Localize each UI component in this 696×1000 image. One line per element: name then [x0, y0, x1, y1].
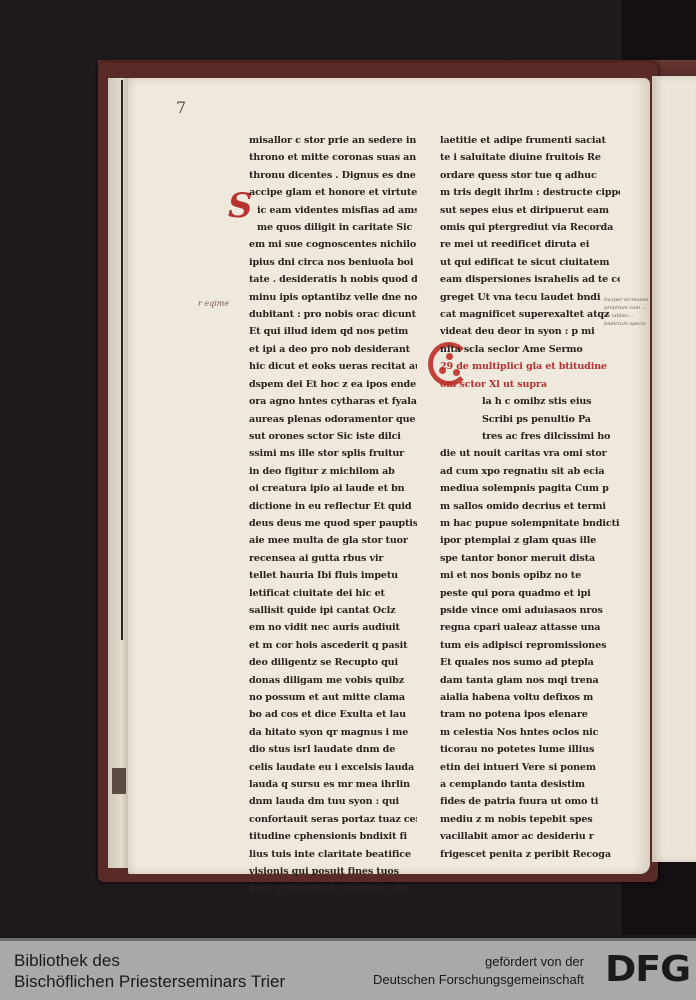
- text-line: nita scla seclor Ame Sermo: [440, 341, 620, 358]
- text-line: regna cpari ualeaz attasse una: [440, 619, 620, 636]
- text-line: titudine cphensionis bndixit fi: [249, 828, 417, 845]
- text-line: omis qui ptergrediut via Recorda: [440, 219, 620, 236]
- text-line: ssimi ms ille stor splis fruitur: [249, 445, 417, 462]
- text-line: deus deus me quod sper pauptis: [249, 515, 417, 532]
- text-line: oi creatura ipio ai laude et bn: [249, 480, 417, 497]
- funder-credit: gefördert von der Deutschen Forschungsge…: [373, 953, 584, 989]
- text-line: ut qui edificat te sicut ciuitatem: [440, 254, 620, 271]
- text-line: da hitato syon qr magnus i me: [249, 724, 417, 741]
- text-line: eam dispersiones israhelis ad te co: [440, 271, 620, 288]
- text-line: aialia habena voltu defixos m: [440, 689, 620, 706]
- text-line: la h c omibz stis eius: [440, 393, 620, 410]
- text-line: sallisit quide ipi cantat Oclz: [249, 602, 417, 619]
- funder-line-2: Deutschen Forschungsgemeinschaft: [373, 971, 584, 989]
- text-line: m hac pupue solempnitate bndictis: [440, 515, 620, 532]
- text-line: celis laudate eu i excelsis lauda: [249, 759, 417, 776]
- text-line: 29 de multiplici gla et btitudine: [440, 358, 620, 375]
- text-line: mediu z m nobis tepebit spes: [440, 811, 620, 828]
- text-line: ticorau no potetes lume illius: [440, 741, 620, 758]
- text-line: dio stus isrl laudate dnm de: [249, 741, 417, 758]
- text-column-left: misallor c stor prie an sedere inthrono …: [249, 132, 417, 898]
- text-line: tellet hauria Ibi fluis impetu: [249, 567, 417, 584]
- binding-tab: [112, 768, 126, 794]
- text-line: laetitie et adipe frumenti saciat: [440, 132, 620, 149]
- text-line: fides de patria fuura ut omo ti: [440, 793, 620, 810]
- binding-thread: [121, 80, 123, 640]
- footer-banner: Bibliothek des Bischöflichen Priestersem…: [0, 938, 696, 1000]
- manuscript-scan: 7 S r eqime Inciper sermones proprium cu…: [0, 0, 696, 935]
- text-line: bo ad cos et dice Exulta et lau: [249, 706, 417, 723]
- text-line: frigescet penita z peribit Recoga: [440, 846, 620, 863]
- text-line: ipor ptemplai z glam quas ille: [440, 532, 620, 549]
- text-line: aureas plenas odoramentor que: [249, 411, 417, 428]
- text-line: cat magnificet superexaltet atqz: [440, 306, 620, 323]
- text-line: me quos diligit in caritate Sic: [249, 219, 417, 236]
- text-line: aie mee multa de gla stor tuor: [249, 532, 417, 549]
- text-line: mediua solempnis pagita Cum p: [440, 480, 620, 497]
- text-line: sut orones sctor Sic iste dilci: [249, 428, 417, 445]
- text-line: m celestia Nos hntes oclos nic: [440, 724, 620, 741]
- text-line: deo diligentz se Recupto qui: [249, 654, 417, 671]
- text-line: thronu dicentes . Dignus es dne: [249, 167, 417, 184]
- text-line: ipius dni circa nos beniuola boi: [249, 254, 417, 271]
- library-line-2: Bischöflichen Priesterseminars Trier: [14, 971, 285, 992]
- text-line: confortauit seras portaz tuaz cer: [249, 811, 417, 828]
- text-line: ordare quess stor tue q adhuc: [440, 167, 620, 184]
- text-line: dictione in eu reflectur Et quid: [249, 498, 417, 515]
- margin-note-left: r eqime: [198, 299, 229, 308]
- text-line: dspem dei Et hoc z ea ipos ende: [249, 376, 417, 393]
- library-line-1: Bibliothek des: [14, 950, 285, 971]
- text-line: Et qui illud idem qd nos petim: [249, 323, 417, 340]
- text-line: no possum et aut mitte clama: [249, 689, 417, 706]
- dfg-logo: DFG: [605, 951, 690, 989]
- text-line: misallor c stor prie an sedere in: [249, 132, 417, 149]
- text-line: ora agno hntes cytharas et fyalas: [249, 393, 417, 410]
- text-line: m sallos omido decrius et termi: [440, 498, 620, 515]
- text-line: re mei ut reedificet diruta ei: [440, 236, 620, 253]
- text-line: dam tanta glam nos mqi trena: [440, 672, 620, 689]
- text-line: ic eam videntes misfias ad ams: [249, 202, 417, 219]
- text-line: vacillabit amor ac desideriu r: [440, 828, 620, 845]
- text-line: em no vidit nec auris audiuit: [249, 619, 417, 636]
- text-line: dnm lauda dm tuu syon : qui: [249, 793, 417, 810]
- funder-line-1: gefördert von der: [373, 953, 584, 971]
- text-line: pside vince omi aduiasaos nros: [440, 602, 620, 619]
- text-line: visionis qui posuit fines tuos: [249, 863, 417, 880]
- library-name: Bibliothek des Bischöflichen Priestersem…: [14, 950, 285, 992]
- text-line: lius tuis inte claritate beatifice: [249, 846, 417, 863]
- text-line: Et quales nos sumo ad ptepla: [440, 654, 620, 671]
- text-line: minu ipis optantibz velle dne no: [249, 289, 417, 306]
- text-line: te i saluitate diuine fruitois Re: [440, 149, 620, 166]
- text-line: m tris degit ihrlm : destructe cippe: [440, 184, 620, 201]
- text-line: dubitant : pro nobis orac dicunt: [249, 306, 417, 323]
- text-column-right: laetitie et adipe frumenti saciatte i sa…: [440, 132, 620, 863]
- text-line: lauda q sursu es mr mea ihrlin: [249, 776, 417, 793]
- text-line: a cemplando tanta desistim: [440, 776, 620, 793]
- inner-margin-strip: [108, 78, 130, 868]
- text-line: om sctor Xl ut supra: [440, 376, 620, 393]
- text-line: mi et nos bonis opibz no te: [440, 567, 620, 584]
- text-line: spe tantor bonor meruit dista: [440, 550, 620, 567]
- text-line: recensea ai gutta rbus vir: [249, 550, 417, 567]
- text-line: accipe glam et honore et virtute: [249, 184, 417, 201]
- folio-mark: 7: [176, 98, 186, 117]
- text-line: Scribi ps penultio Pa: [440, 411, 620, 428]
- text-line: peste qui pora quadmo et ipi: [440, 585, 620, 602]
- text-line: tres ac fres dilcissimi ho: [440, 428, 620, 445]
- text-line: etin dei intueri Vere si ponem: [440, 759, 620, 776]
- text-line: in deo figitur z michilom ab: [249, 463, 417, 480]
- text-line: donas diligam me vobis quibz: [249, 672, 417, 689]
- text-line: et ipi a deo pro nob desiderant: [249, 341, 417, 358]
- text-line: letificat ciuitate dei hic et: [249, 585, 417, 602]
- facing-page-edge: [652, 76, 696, 862]
- text-line: hic dicut et eoks ueras recitat au: [249, 358, 417, 375]
- text-line: pace p imestitate gaudior z de: [249, 880, 417, 897]
- text-line: em mi sue cognoscentes nichilo: [249, 236, 417, 253]
- text-line: greget Ut vna tecu laudet bndi: [440, 289, 620, 306]
- text-line: videat deu deor in syon : p mi: [440, 323, 620, 340]
- text-line: tum eis adipisci repromissiones: [440, 637, 620, 654]
- text-line: tram no potena ipos elenare: [440, 706, 620, 723]
- text-line: sut sepes eius et diripuerut eam: [440, 202, 620, 219]
- text-line: throno et mitte coronas suas an: [249, 149, 417, 166]
- text-line: tate . desideratis h nobis quod do: [249, 271, 417, 288]
- text-line: et m cor hois ascederit q pasit: [249, 637, 417, 654]
- text-line: ad cum xpo regnatiu sit ab ecia: [440, 463, 620, 480]
- text-line: die ut nouit caritas vra omi stor: [440, 445, 620, 462]
